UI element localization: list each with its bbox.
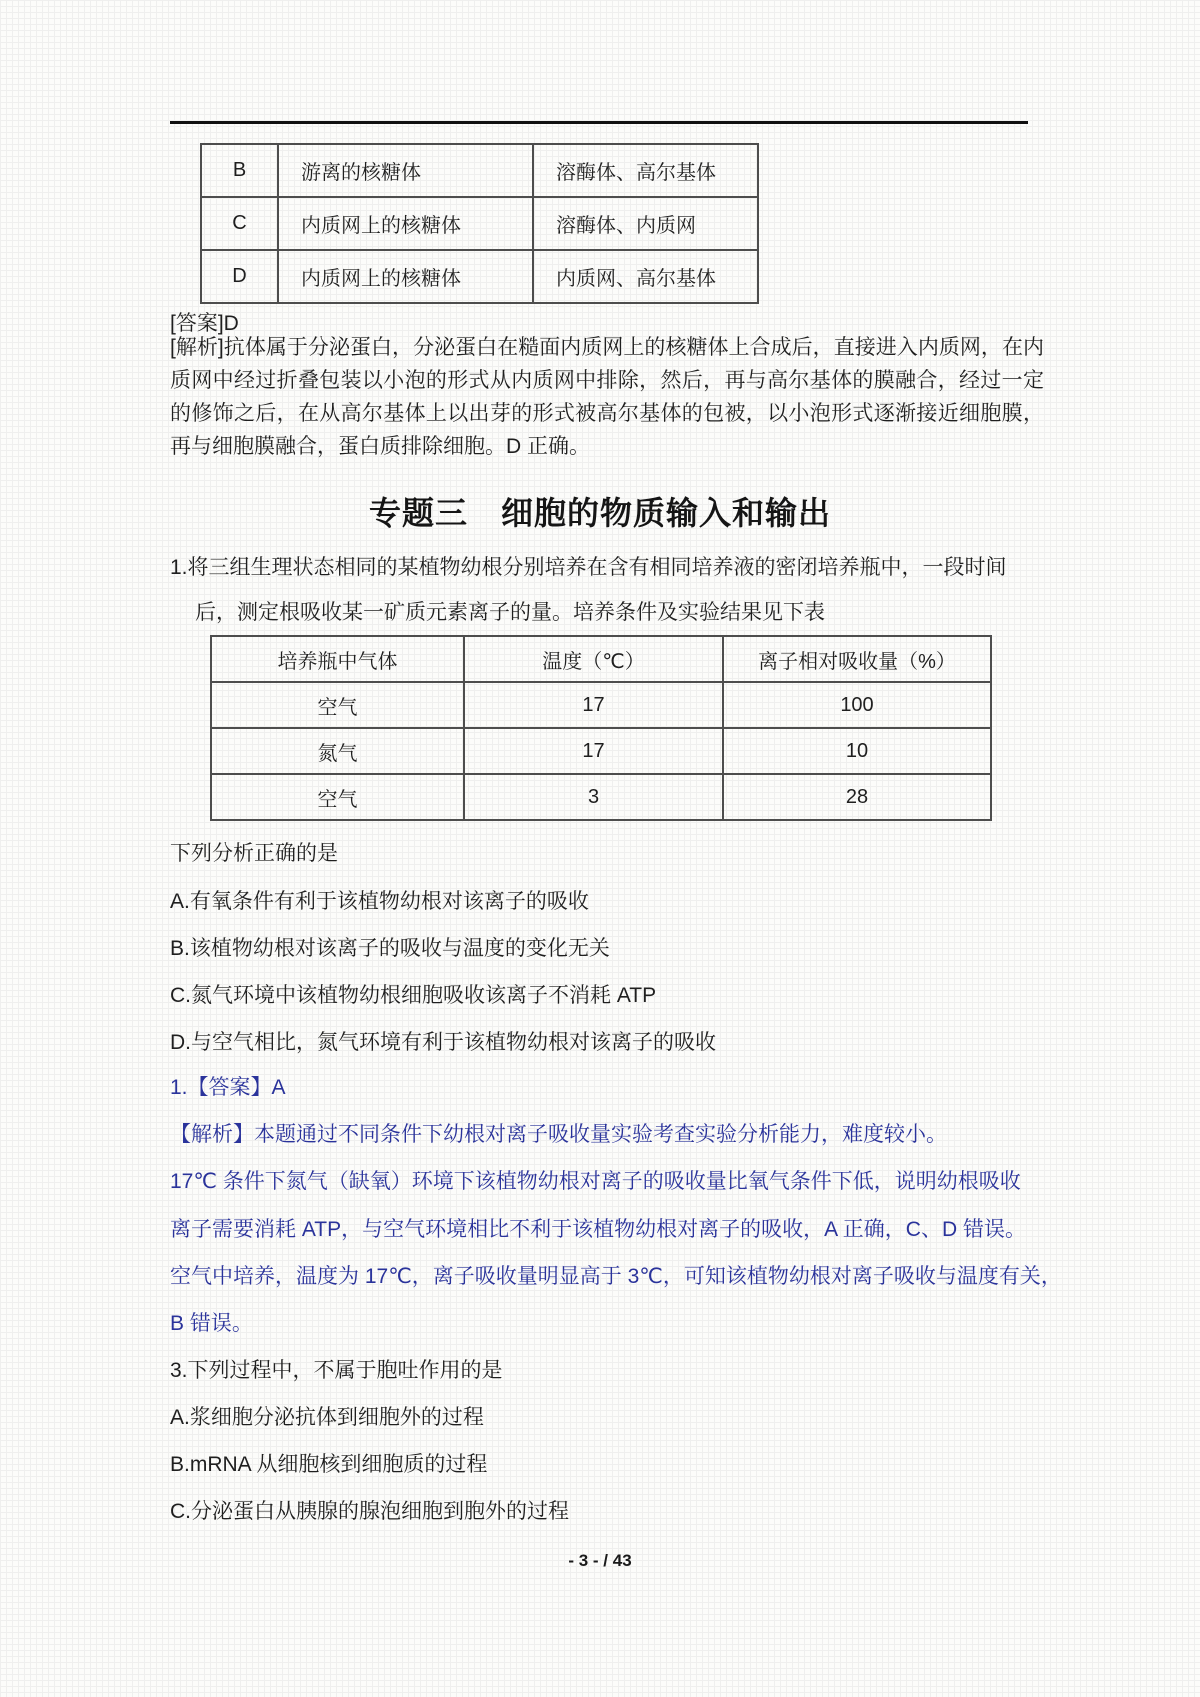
- option-a: A.浆细胞分泌抗体到细胞外的过程: [170, 1406, 484, 1430]
- table-cell: 溶酶体、内质网: [533, 197, 758, 250]
- analysis-paragraph: [解析]抗体属于分泌蛋白，分泌蛋白在糙面内质网上的核糖体上合成后，直接进入内质网…: [170, 331, 1044, 463]
- table-row: 空气 17 100: [211, 682, 991, 728]
- table-cell: 100: [723, 682, 991, 728]
- option-letter-cell: B: [201, 144, 278, 197]
- table-row: 氮气 17 10: [211, 728, 991, 774]
- column-header: 离子相对吸收量（%）: [723, 636, 991, 682]
- analysis-line: 空气中培养，温度为 17℃，离子吸收量明显高于 3℃，可知该植物幼根对离子吸收与…: [170, 1265, 1062, 1289]
- table-cell: 游离的核糖体: [278, 144, 533, 197]
- table-cell: 10: [723, 728, 991, 774]
- table-cell: 内质网上的核糖体: [278, 197, 533, 250]
- table-row: B 游离的核糖体 溶酶体、高尔基体: [201, 144, 758, 197]
- option-letter-cell: D: [201, 250, 278, 303]
- question-stem-line: 3.下列过程中，不属于胞吐作用的是: [170, 1359, 503, 1383]
- column-header: 温度（℃）: [464, 636, 723, 682]
- table-row: 空气 3 28: [211, 774, 991, 820]
- table-cell: 溶酶体、高尔基体: [533, 144, 758, 197]
- table-cell: 内质网、高尔基体: [533, 250, 758, 303]
- question-stem-line: 1.将三组生理状态相同的某植物幼根分别培养在含有相同培养液的密闭培养瓶中，一段时…: [170, 556, 1007, 580]
- option-c: C.氮气环境中该植物幼根细胞吸收该离子不消耗 ATP: [170, 984, 656, 1008]
- table-cell: 28: [723, 774, 991, 820]
- analysis-line: 17℃ 条件下氮气（缺氧）环境下该植物幼根对离子的吸收量比氧气条件下低，说明幼根…: [170, 1170, 1021, 1194]
- table-cell: 3: [464, 774, 723, 820]
- section-title: 专题三 细胞的物质输入和输出: [0, 488, 1200, 534]
- option-b: B.mRNA 从细胞核到细胞质的过程: [170, 1453, 487, 1477]
- document-page: B 游离的核糖体 溶酶体、高尔基体 C 内质网上的核糖体 溶酶体、内质网 D 内…: [0, 0, 1200, 1697]
- table-cell: 氮气: [211, 728, 464, 774]
- column-header: 培养瓶中气体: [211, 636, 464, 682]
- table-cell: 内质网上的核糖体: [278, 250, 533, 303]
- analysis-line: 离子需要消耗 ATP，与空气环境相比不利于该植物幼根对离子的吸收，A 正确，C、…: [170, 1218, 1026, 1242]
- option-c: C.分泌蛋白从胰腺的腺泡细胞到胞外的过程: [170, 1500, 569, 1524]
- page-number: - 3 - / 43: [0, 1551, 1200, 1571]
- option-letter-cell: C: [201, 197, 278, 250]
- answer-label: 1.【答案】A: [170, 1076, 286, 1100]
- option-b: B.该植物幼根对该离子的吸收与温度的变化无关: [170, 937, 610, 961]
- option-d: D.与空气相比，氮气环境有利于该植物幼根对该离子的吸收: [170, 1031, 716, 1055]
- option-a: A.有氧条件有利于该植物幼根对该离子的吸收: [170, 890, 589, 914]
- table-cell: 17: [464, 728, 723, 774]
- table-header-row: 培养瓶中气体 温度（℃） 离子相对吸收量（%）: [211, 636, 991, 682]
- analysis-line: 【解析】本题通过不同条件下幼根对离子吸收量实验考查实验分析能力，难度较小。: [170, 1123, 947, 1147]
- table-cell: 空气: [211, 682, 464, 728]
- question-prompt: 下列分析正确的是: [170, 842, 338, 866]
- question-stem-line: 后，测定根吸收某一矿质元素离子的量。培养条件及实验结果见下表: [195, 601, 825, 625]
- header-rule: [170, 121, 1028, 124]
- table-row: C 内质网上的核糖体 溶酶体、内质网: [201, 197, 758, 250]
- table-cell: 17: [464, 682, 723, 728]
- prev-question-options-table: B 游离的核糖体 溶酶体、高尔基体 C 内质网上的核糖体 溶酶体、内质网 D 内…: [200, 143, 759, 304]
- table-row: D 内质网上的核糖体 内质网、高尔基体: [201, 250, 758, 303]
- table-cell: 空气: [211, 774, 464, 820]
- analysis-line: B 错误。: [170, 1312, 253, 1336]
- q1-results-table: 培养瓶中气体 温度（℃） 离子相对吸收量（%） 空气 17 100 氮气 17 …: [210, 635, 992, 821]
